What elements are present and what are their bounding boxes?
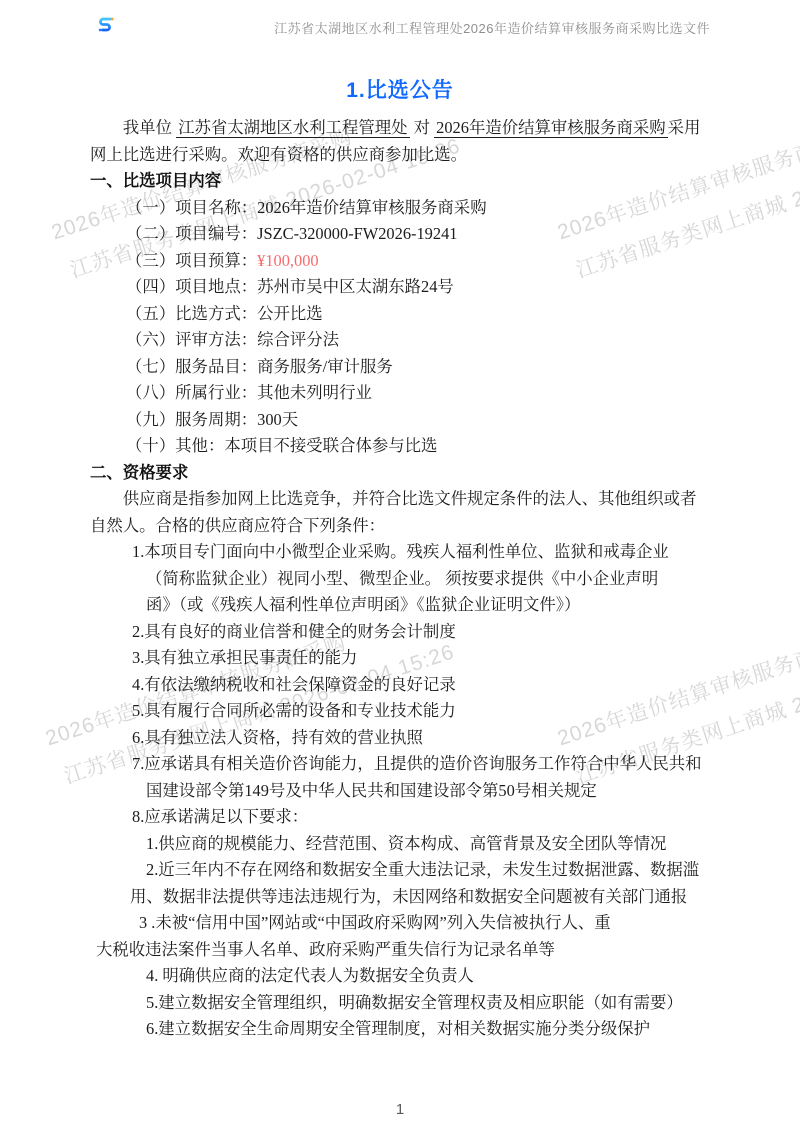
item-label: （六）评审方法： bbox=[126, 330, 257, 349]
item-value: 其他未列明行业 bbox=[257, 383, 372, 402]
document-page: 2026年造价结算审核服务商采购 江苏省服务类网上商城 2026-02-04 1… bbox=[0, 0, 800, 1132]
item-label: （一）项目名称： bbox=[126, 198, 257, 217]
condition-item: 6.具有独立法人资格，持有效的营业执照 bbox=[146, 725, 710, 752]
brand-s-logo-icon bbox=[96, 15, 115, 39]
project-item-other: （十）其他：本项目不接受联合体参与比选 bbox=[126, 433, 710, 460]
sub-requirement-item: 4. 明确供应商的法定代表人为数据安全负责人 bbox=[130, 963, 710, 990]
condition-item: 5.具有履行合同所必需的设备和专业技术能力 bbox=[146, 698, 710, 725]
condition-item: 7.应承诺具有相关造价咨询能力，且提供的造价咨询服务工作符合中华人民共和国建设部… bbox=[146, 751, 710, 804]
intro-conj: 对 bbox=[414, 118, 430, 137]
item-label: （十）其他： bbox=[126, 436, 224, 455]
condition-item: 8.应承诺满足以下要求： bbox=[146, 804, 710, 831]
sub-requirement-item: 2.近三年内不存在网络和数据安全重大违法记录，未发生过数据泄露、数据滥用、数据非… bbox=[130, 857, 710, 910]
body-text: 我单位 江苏省太湖地区水利工程管理处 对 2026年造价结算审核服务商采购采用网… bbox=[90, 115, 710, 1043]
project-item-review: （六）评审方法：综合评分法 bbox=[126, 327, 710, 354]
intro-prefix: 我单位 bbox=[123, 118, 172, 137]
item-label: （二）项目编号： bbox=[126, 224, 257, 243]
item-value: 综合评分法 bbox=[257, 330, 339, 349]
budget-value: ¥100,000 bbox=[257, 251, 318, 270]
item-value: JSZC-320000-FW2026-19241 bbox=[257, 224, 457, 243]
project-item-location: （四）项目地点：苏州市吴中区太湖东路24号 bbox=[126, 274, 710, 301]
project-item-budget: （三）项目预算：¥100,000 bbox=[126, 248, 710, 275]
project-item-category: （七）服务品目：商务服务/审计服务 bbox=[126, 354, 710, 381]
intro-paragraph: 我单位 江苏省太湖地区水利工程管理处 对 2026年造价结算审核服务商采购采用网… bbox=[90, 115, 710, 168]
page-number: 1 bbox=[0, 1101, 800, 1118]
condition-item: 3.具有独立承担民事责任的能力 bbox=[146, 645, 710, 672]
sub-requirement-item: 6.建立数据安全生命周期安全管理制度，对相关数据实施分类分级保护 bbox=[130, 1016, 710, 1043]
section1-heading: 一、比选项目内容 bbox=[90, 168, 710, 195]
item-value: 苏州市吴中区太湖东路24号 bbox=[257, 277, 454, 296]
page-content: 江苏省太湖地区水利工程管理处2026年造价结算审核服务商采购比选文件 1.比选公… bbox=[0, 0, 800, 1043]
qualification-intro: 供应商是指参加网上比选竞争，并符合比选文件规定条件的法人、其他组织或者自然人。合… bbox=[90, 486, 710, 539]
header-doc-title: 江苏省太湖地区水利工程管理处2026年造价结算审核服务商采购比选文件 bbox=[274, 15, 710, 37]
project-item-period: （九）服务周期：300天 bbox=[126, 407, 710, 434]
sub-requirement-item: 1.供应商的规模能力、经营范围、资本构成、高管背景及安全团队等情况 bbox=[130, 831, 710, 858]
section2-heading: 二、资格要求 bbox=[90, 460, 710, 487]
project-name-underlined: 2026年造价结算审核服务商采购 bbox=[434, 118, 667, 138]
condition-item: 2.具有良好的商业信誉和健全的财务会计制度 bbox=[146, 619, 710, 646]
sub-requirement-item: 3 .未被“信用中国”网站或“中国政府采购网”列入失信被执行人、重大税收违法案件… bbox=[96, 910, 710, 963]
project-item-number: （二）项目编号：JSZC-320000-FW2026-19241 bbox=[126, 221, 710, 248]
item-value: 商务服务/审计服务 bbox=[257, 357, 393, 376]
page-title: 1.比选公告 bbox=[90, 76, 710, 106]
item-value: 300天 bbox=[257, 410, 298, 429]
project-item-method: （五）比选方式：公开比选 bbox=[126, 301, 710, 328]
condition-item: 1.本项目专门面向中小微型企业采购。残疾人福利性单位、监狱和戒毒企业（简称监狱企… bbox=[146, 539, 710, 619]
item-label: （七）服务品目： bbox=[126, 357, 257, 376]
item-label: （八）所属行业： bbox=[126, 383, 257, 402]
condition-item: 4.有依法缴纳税收和社会保障资金的良好记录 bbox=[146, 672, 710, 699]
item-label: （五）比选方式： bbox=[126, 304, 257, 323]
item-label: （九）服务周期： bbox=[126, 410, 257, 429]
project-item-name: （一）项目名称：2026年造价结算审核服务商采购 bbox=[126, 195, 710, 222]
project-item-industry: （八）所属行业：其他未列明行业 bbox=[126, 380, 710, 407]
document-header: 江苏省太湖地区水利工程管理处2026年造价结算审核服务商采购比选文件 bbox=[90, 0, 710, 39]
item-label: （四）项目地点： bbox=[126, 277, 257, 296]
item-value: 2026年造价结算审核服务商采购 bbox=[257, 198, 486, 217]
item-value: 本项目不接受联合体参与比选 bbox=[224, 436, 437, 455]
item-value: 公开比选 bbox=[257, 304, 323, 323]
org-name-underlined: 江苏省太湖地区水利工程管理处 bbox=[176, 118, 409, 138]
sub-requirement-item: 5.建立数据安全管理组织，明确数据安全管理权责及相应职能（如有需要） bbox=[130, 990, 710, 1017]
item-label: （三）项目预算： bbox=[126, 251, 257, 270]
